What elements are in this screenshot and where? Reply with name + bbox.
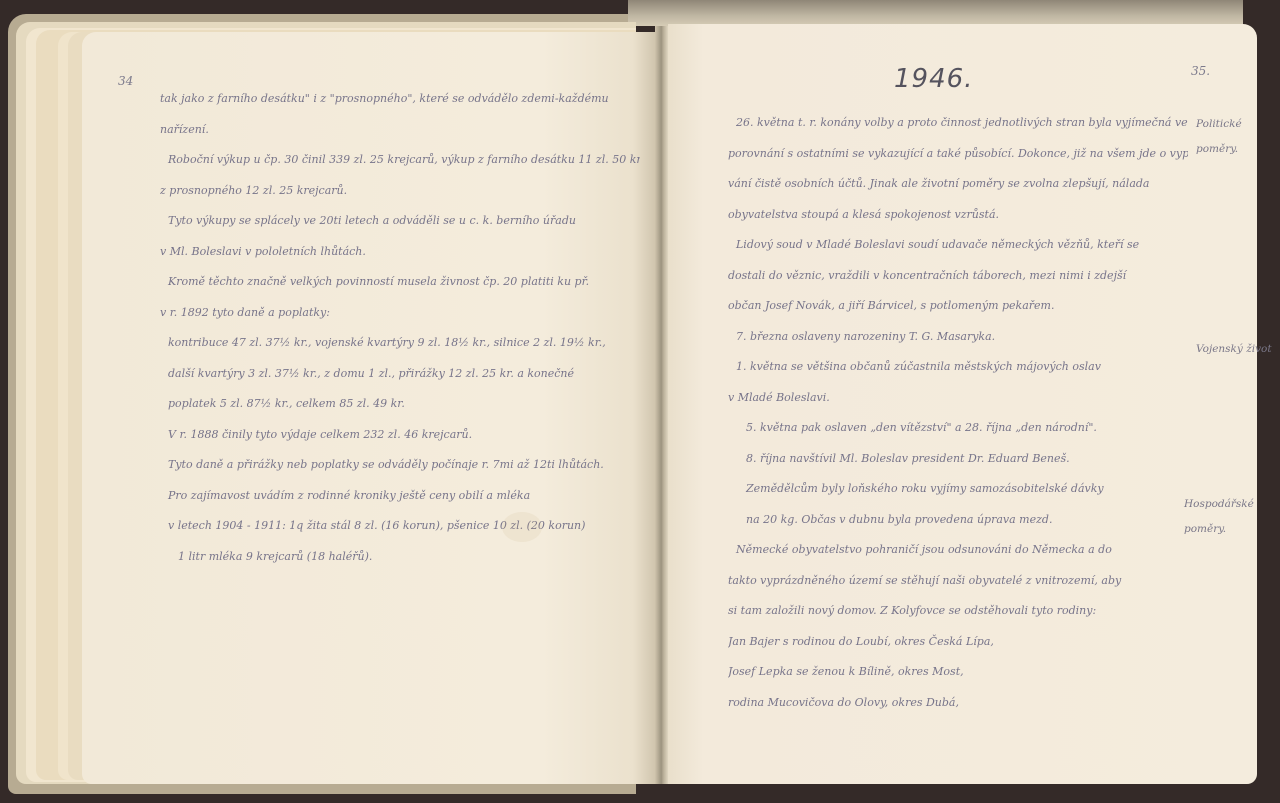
text-line: takto vyprázdněného území se stěhují naš… (728, 566, 1188, 597)
text-line: Roboční výkup u čp. 30 činil 339 zl. 25 … (160, 145, 640, 176)
margin-note-line: Politické (1196, 112, 1242, 137)
page-number-right: 35. (1191, 64, 1210, 78)
text-line: Tyto výkupy se splácely ve 20ti letech a… (160, 206, 640, 237)
text-line: další kvartýry 3 zl. 37½ kr., z domu 1 z… (160, 359, 640, 390)
text-line: 1. května se většina občanů zúčastnila m… (728, 352, 1188, 383)
text-line: nařízení. (160, 115, 640, 146)
right-page-text: 26. května t. r. konány volby a proto či… (728, 108, 1188, 718)
margin-note-line: Hospodářské (1184, 492, 1254, 517)
year-heading: 1946. (894, 64, 973, 94)
scanned-book-spread: 34 tak jako z farního desátku" i z "pros… (0, 0, 1280, 803)
text-line: Jan Bajer s rodinou do Loubí, okres Česk… (728, 627, 1188, 658)
text-line: Pro zajímavost uvádím z rodinné kroniky … (160, 481, 640, 512)
text-line: Kromě těchto značně velkých povinností m… (160, 267, 640, 298)
text-line: v letech 1904 - 1911: 1q žita stál 8 zl.… (160, 511, 640, 542)
text-line: dostali do věznic, vraždili v koncentrač… (728, 261, 1188, 292)
text-line: na 20 kg. Občas v dubnu byla provedena ú… (728, 505, 1188, 536)
text-line: porovnání s ostatními se vykazující a ta… (728, 139, 1188, 170)
margin-note-line: Vojenský život (1196, 337, 1272, 362)
left-page: 34 tak jako z farního desátku" i z "pros… (82, 32, 656, 784)
paper-stain (502, 512, 542, 542)
text-line: občan Josef Novák, a jiří Bárvicel, s po… (728, 291, 1188, 322)
text-line: 8. října navštívil Ml. Boleslav presiden… (728, 444, 1188, 475)
text-line: 26. května t. r. konány volby a proto či… (728, 108, 1188, 139)
text-line: 1 litr mléka 9 krejcarů (18 haléřů). (160, 542, 640, 573)
text-line: Lidový soud v Mladé Boleslavi soudí udav… (728, 230, 1188, 261)
text-line: Zemědělcům byly loňského roku vyjímy sam… (728, 474, 1188, 505)
margin-note-line: poměry. (1184, 517, 1254, 542)
text-line: 5. května pak oslaven „den vítězství" a … (728, 413, 1188, 444)
text-line: Německé obyvatelstvo pohraničí jsou odsu… (728, 535, 1188, 566)
text-line: tak jako z farního desátku" i z "prosnop… (160, 84, 640, 115)
margin-note-military: Vojenský život (1196, 337, 1272, 362)
text-line: rodina Mucovičova do Olovy, okres Dubá, (728, 688, 1188, 719)
text-line: vání čistě osobních účtů. Jinak ale živo… (728, 169, 1188, 200)
text-line: z prosnopného 12 zl. 25 krejcarů. (160, 176, 640, 207)
text-line: V r. 1888 činily tyto výdaje celkem 232 … (160, 420, 640, 451)
text-line: Josef Lepka se ženou k Bílině, okres Mos… (728, 657, 1188, 688)
left-page-text: tak jako z farního desátku" i z "prosnop… (160, 84, 640, 572)
right-page: 1946. 35. 26. května t. r. konány volby … (668, 24, 1257, 784)
text-line: v r. 1892 tyto daně a poplatky: (160, 298, 640, 329)
margin-note-economic: Hospodářské poměry. (1184, 492, 1254, 542)
text-line: poplatek 5 zl. 87½ kr., celkem 85 zl. 49… (160, 389, 640, 420)
text-line: 7. března oslaveny narozeniny T. G. Masa… (728, 322, 1188, 353)
book-gutter (655, 26, 669, 784)
book-top-edge (628, 0, 1243, 26)
text-line: v Mladé Boleslavi. (728, 383, 1188, 414)
text-line: obyvatelstva stoupá a klesá spokojenost … (728, 200, 1188, 231)
margin-note-political: Politické poměry. (1196, 112, 1242, 162)
text-line: v Ml. Boleslavi v pololetních lhůtách. (160, 237, 640, 268)
text-line: Tyto daně a přirážky neb poplatky se odv… (160, 450, 640, 481)
text-line: kontribuce 47 zl. 37½ kr., vojenské kvar… (160, 328, 640, 359)
text-line: si tam založili nový domov. Z Kolyfovce … (728, 596, 1188, 627)
margin-note-line: poměry. (1196, 137, 1242, 162)
page-number-left: 34 (118, 74, 133, 88)
